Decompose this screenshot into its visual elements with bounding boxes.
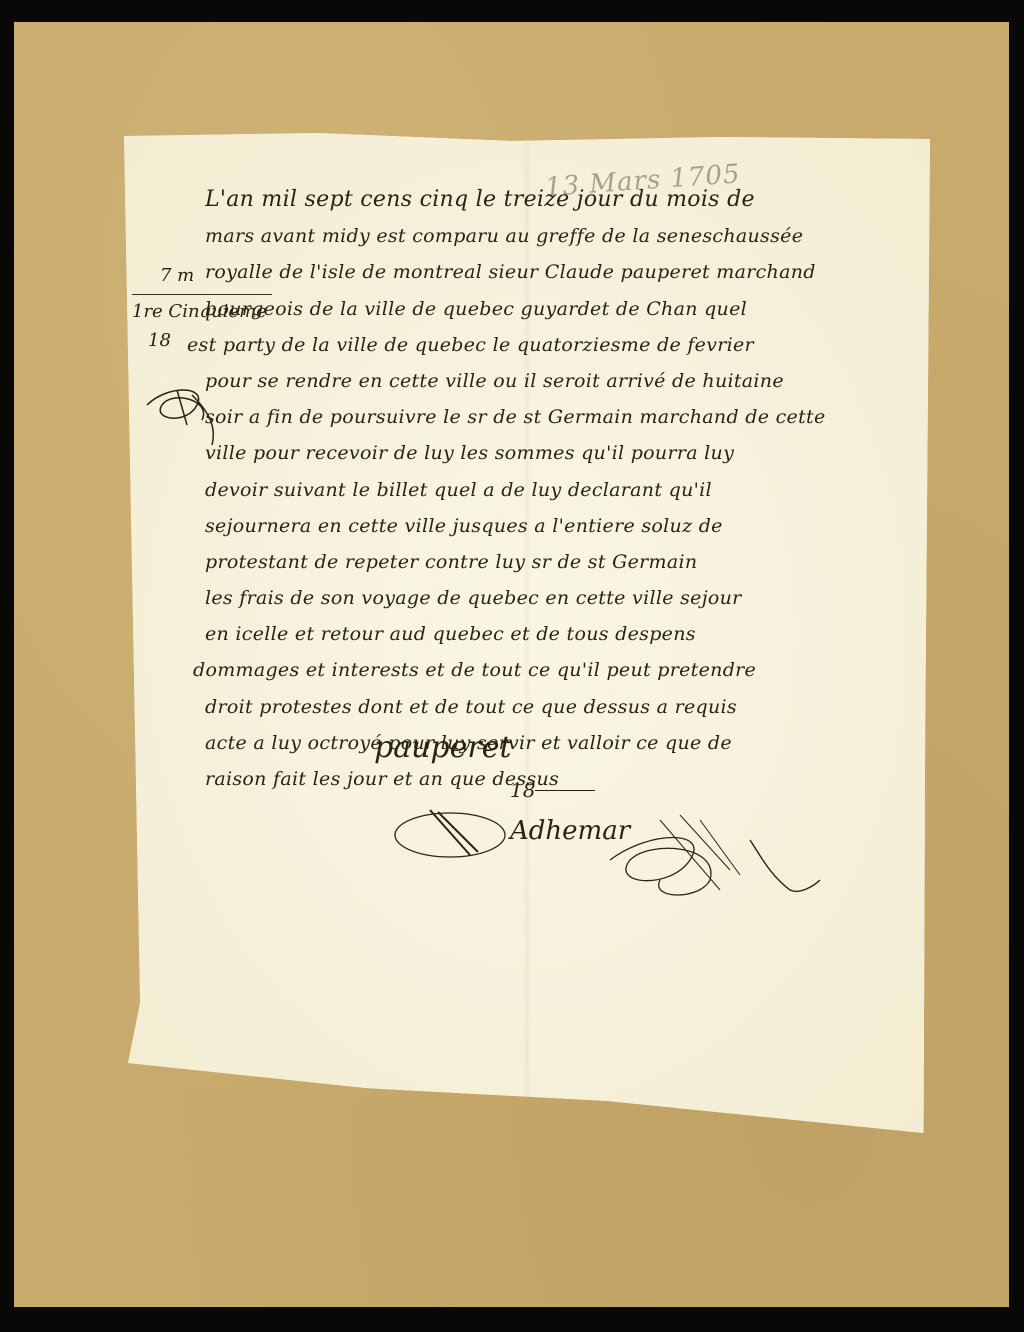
signature-underline <box>535 790 595 791</box>
text-line: sejournera en cette ville jusques a l'en… <box>205 508 925 544</box>
text-line: bourgeois de la ville de quebec guyardet… <box>205 291 925 327</box>
text-line: droit protestes dont et de tout ce que d… <box>205 689 925 725</box>
text-line: dommages et interests et de tout ce qu'i… <box>193 652 925 688</box>
text-line: les frais de son voyage de quebec en cet… <box>205 580 925 616</box>
adhemar-initial-flourish <box>390 800 530 870</box>
text-line: est party de la ville de quebec le quato… <box>187 327 925 363</box>
deed-body-text: L'an mil sept cens cinq le treize jour d… <box>205 182 925 797</box>
signature-block: pauperet 18 Adhemar <box>360 730 840 910</box>
text-line: mars avant midy est comparu au greffe de… <box>205 218 925 254</box>
text-line: royalle de l'isle de montreal sieur Clau… <box>205 254 925 290</box>
text-line: devoir suivant le billet quel a de luy d… <box>205 472 925 508</box>
text-line: pour se rendre en cette ville ou il sero… <box>205 363 925 399</box>
notary-paraphe-flourish <box>590 800 830 910</box>
text-line: L'an mil sept cens cinq le treize jour d… <box>205 182 925 218</box>
signature-pauperet: pauperet <box>374 730 512 765</box>
text-line: soir a fin de poursuivre le sr de st Ger… <box>205 399 925 435</box>
text-line: en icelle et retour aud quebec et de tou… <box>205 616 925 652</box>
text-line: protestant de repeter contre luy sr de s… <box>205 544 925 580</box>
text-line: ville pour recevoir de luy les sommes qu… <box>205 435 925 471</box>
signature-mark: 18 <box>510 778 535 802</box>
